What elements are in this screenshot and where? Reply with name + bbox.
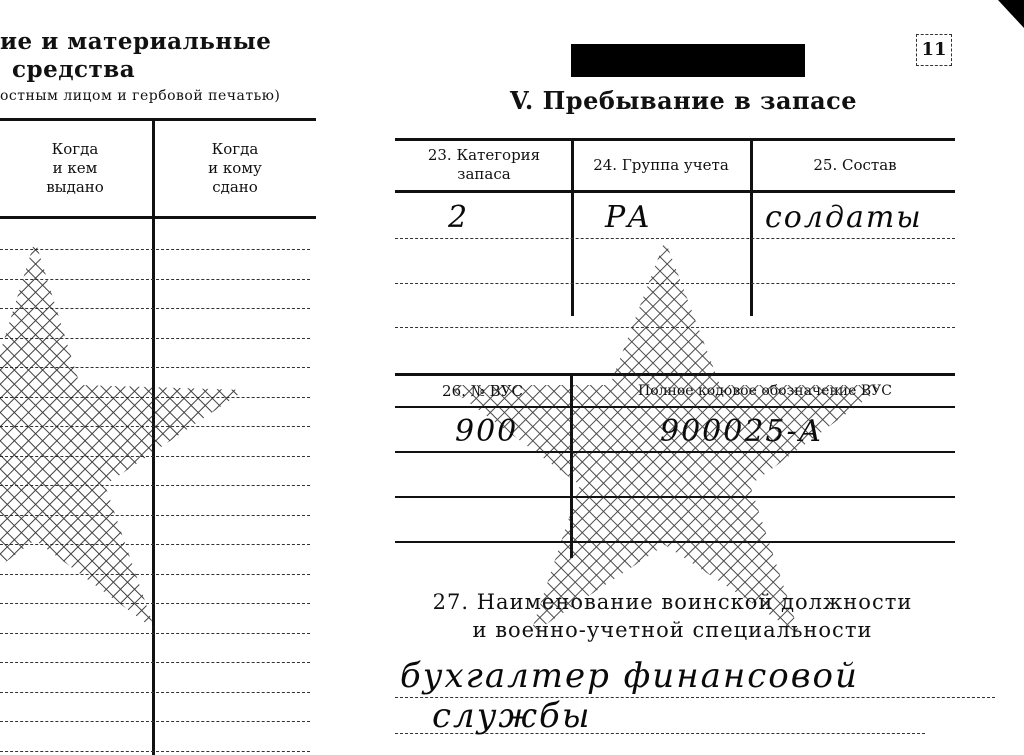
ruled-line <box>0 308 310 309</box>
value-position-line1: бухгалтер финансовой <box>400 656 859 696</box>
ruled-line <box>0 456 310 457</box>
ruled-line <box>0 751 310 752</box>
header-vus-code: Полное кодовое обозначение ВУС <box>575 382 955 401</box>
divider <box>0 118 316 121</box>
column-header-issued: Когда и кем выдано <box>10 140 140 197</box>
ruled-line <box>395 283 955 284</box>
ruled-line <box>395 238 955 239</box>
value-composition: солдаты <box>765 200 923 235</box>
divider <box>395 451 955 453</box>
ruled-line <box>0 367 310 368</box>
column-header-returned: Когда и кому сдано <box>160 140 310 197</box>
column-divider <box>750 138 753 316</box>
corner-shadow <box>990 0 1024 30</box>
value-vus-code: 900025-А <box>660 414 823 449</box>
divider <box>395 496 955 498</box>
ruled-line <box>0 544 310 545</box>
column-divider <box>152 118 155 755</box>
ruled-line <box>0 574 310 575</box>
star-watermark-icon <box>0 235 260 635</box>
divider <box>395 541 955 543</box>
ruled-line <box>0 426 310 427</box>
ruled-line <box>395 327 955 328</box>
divider <box>395 406 955 408</box>
left-subtitle: остным лицом и гербовой печатью) <box>0 88 280 104</box>
ruled-line <box>0 603 310 604</box>
section27-label-line2: и военно-учетной специальности <box>400 616 945 644</box>
divider <box>395 138 955 141</box>
ruled-line <box>0 692 310 693</box>
ruled-line <box>0 397 310 398</box>
left-title-line2: средства <box>12 56 135 83</box>
value-reserve-category: 2 <box>448 200 469 235</box>
section-title: V. Пребывание в запасе <box>510 86 857 115</box>
ruled-line <box>0 249 310 250</box>
divider <box>0 216 316 219</box>
ruled-line <box>0 721 310 722</box>
header-account-group: 24. Группа учета <box>576 156 746 175</box>
ruled-line <box>0 279 310 280</box>
header-reserve-category: 23. Категория запаса <box>400 146 568 184</box>
redacted-block <box>571 44 805 77</box>
divider <box>395 373 955 376</box>
divider <box>395 190 955 193</box>
header-composition: 25. Состав <box>755 156 955 175</box>
page-number: 11 <box>916 34 952 66</box>
value-account-group: РА <box>605 200 652 235</box>
header-vus-number: 26. № ВУС <box>400 382 565 401</box>
column-divider <box>570 373 573 558</box>
section27-label-line1: 27. Наименование воинской должности <box>400 588 945 616</box>
left-title-line1: ие и материальные <box>0 28 271 55</box>
column-divider <box>571 138 574 316</box>
ruled-line <box>0 515 310 516</box>
ruled-line <box>0 633 310 634</box>
value-vus-number: 900 <box>455 414 518 449</box>
ruled-line <box>0 662 310 663</box>
value-position-line2: службы <box>432 696 592 736</box>
ruled-line <box>0 485 310 486</box>
ruled-line <box>0 338 310 339</box>
